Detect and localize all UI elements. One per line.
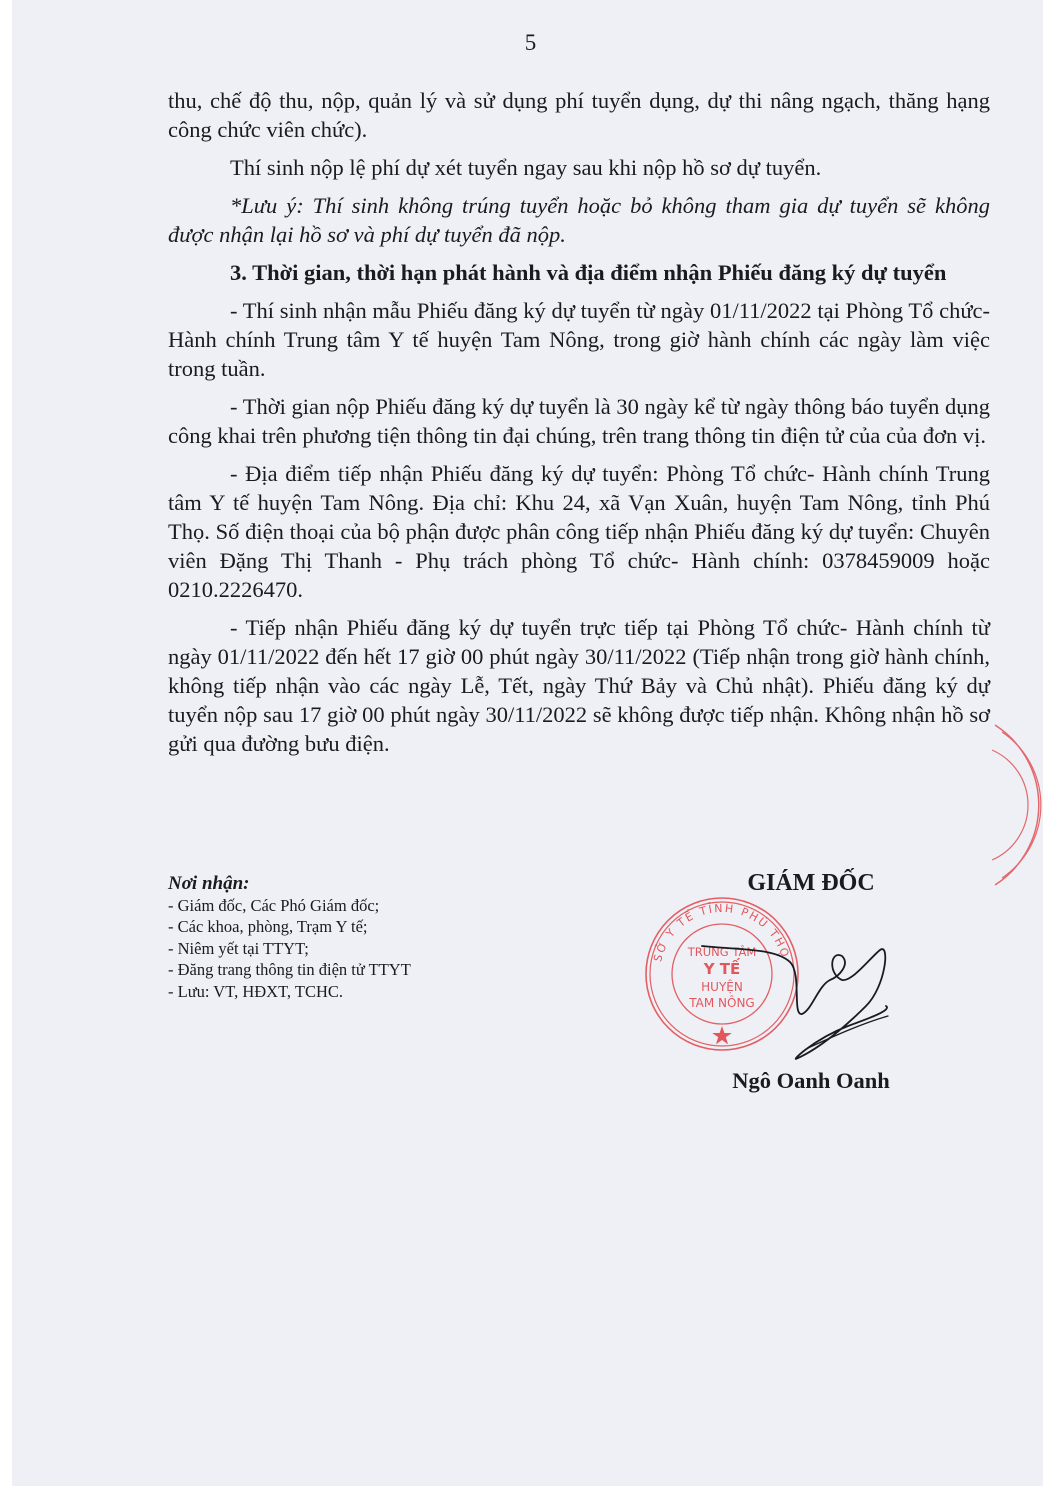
signer-title: GIÁM ĐỐC [640,870,940,897]
recipient-item: - Giám đốc, Các Phó Giám đốc; [168,895,411,917]
recipient-item: - Niêm yết tại TTYT; [168,938,411,960]
recipient-item: - Đăng trang thông tin điện tử TTYT [168,959,411,981]
paragraph-form-issue: - Thí sinh nhận mẫu Phiếu đăng ký dự tuy… [168,296,990,383]
paragraph-submission-period: - Thời gian nộp Phiếu đăng ký dự tuyển l… [168,392,990,450]
paragraph-fee-regulation: thu, chế độ thu, nộp, quản lý và sử dụng… [168,86,990,144]
page-number: 5 [0,30,1061,56]
paragraph-submission-deadline: - Tiếp nhận Phiếu đăng ký dự tuyển trực … [168,613,990,758]
signer-name: Ngô Oanh Oanh [640,1068,940,1094]
document-body: thu, chế độ thu, nộp, quản lý và sử dụng… [168,86,990,767]
recipients-list: Nơi nhận: - Giám đốc, Các Phó Giám đốc; … [168,873,411,1002]
signature-block: GIÁM ĐỐC SỞ Y TẾ TỈNH PHÚ THỌ TRUNG TÂM … [640,868,940,1108]
recipient-item: - Lưu: VT, HĐXT, TCHC. [168,981,411,1003]
recipients-title: Nơi nhận: [168,873,411,895]
paragraph-fee-payment: Thí sinh nộp lệ phí dự xét tuyển ngay sa… [168,153,990,182]
paragraph-note: *Lưu ý: Thí sinh không trúng tuyển hoặc … [168,191,990,249]
partial-stamp-icon [990,720,1050,890]
section-heading-3: 3. Thời gian, thời hạn phát hành và địa … [168,258,990,287]
handwritten-signature-icon [680,898,900,1068]
recipient-item: - Các khoa, phòng, Trạm Y tế; [168,916,411,938]
paragraph-submission-location: - Địa điểm tiếp nhận Phiếu đăng ký dự tu… [168,459,990,604]
